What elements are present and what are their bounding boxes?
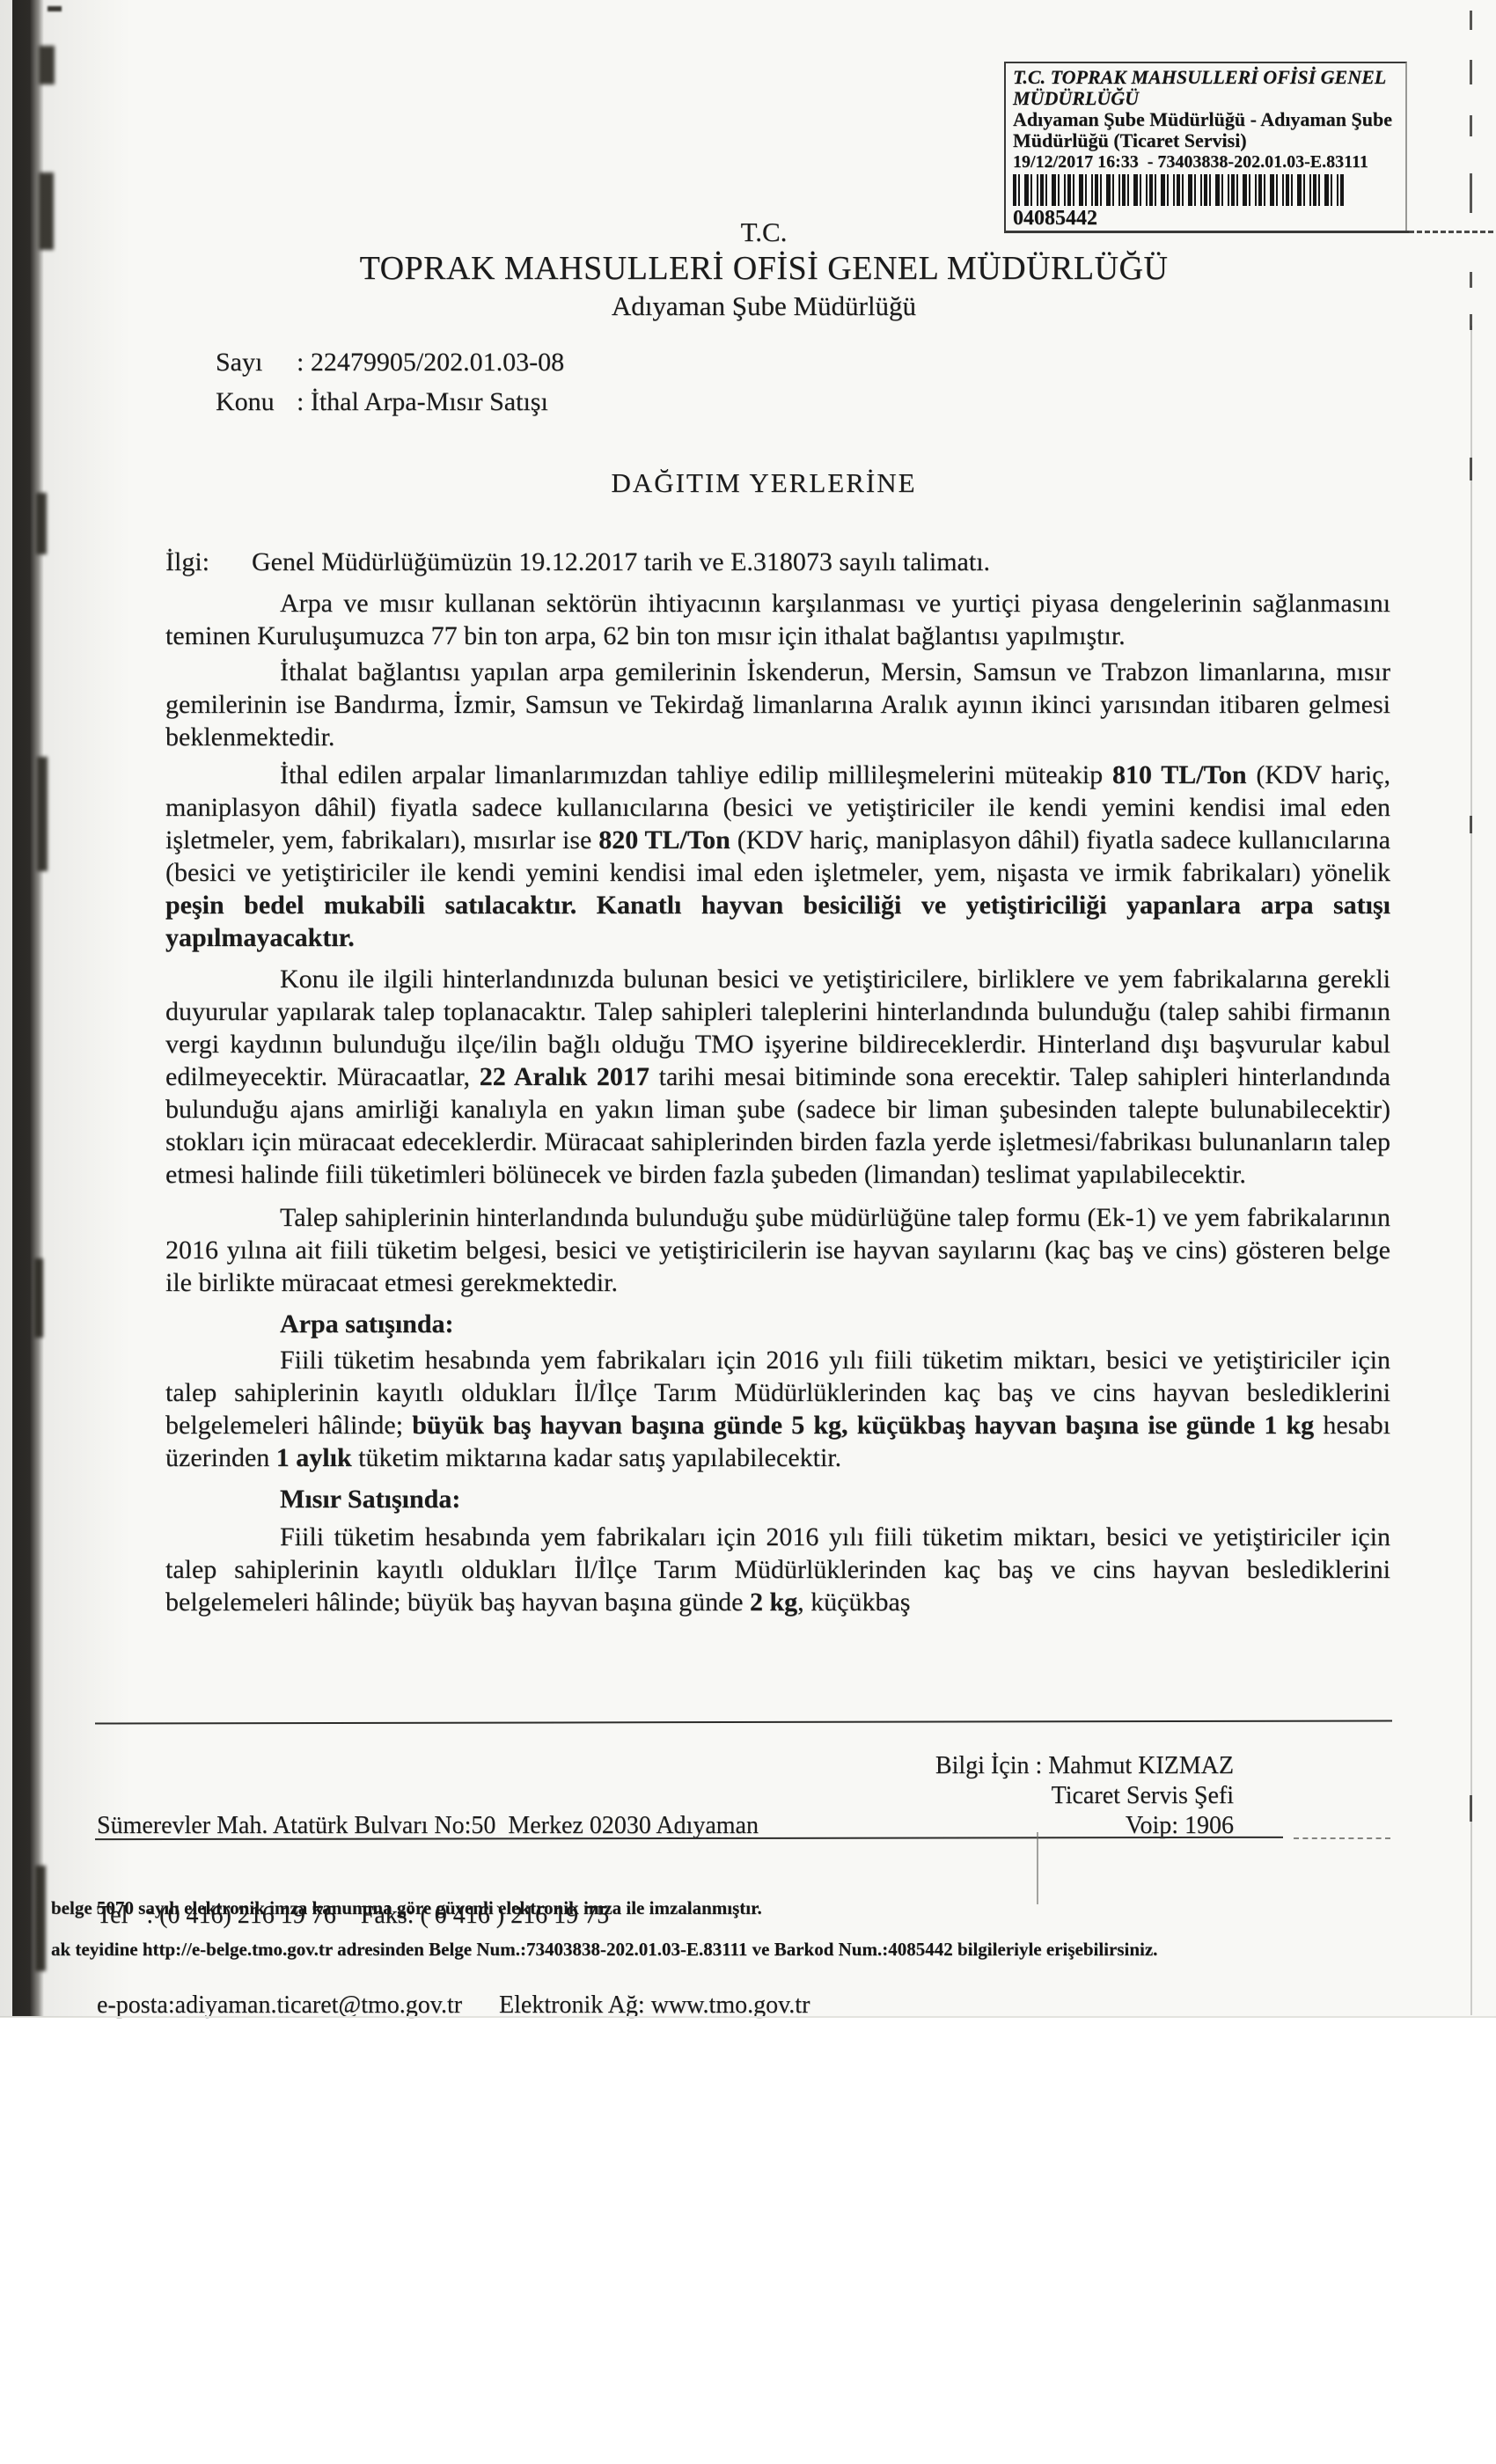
- barcode: [1013, 174, 1346, 206]
- paper-bottom-edge: [0, 2016, 1496, 2018]
- paragraph-ports: İthalat bağlantısı yapılan arpa gemileri…: [165, 656, 1390, 753]
- paragraph-misir-terms: Fiili tüketim hesabında yem fabrikaları …: [165, 1521, 1390, 1618]
- scan-paper-area: T.C. TOPRAK MAHSULLERİ OFİSİ GENEL MÜDÜR…: [0, 0, 1496, 2017]
- scan-artifact: [35, 1866, 46, 1971]
- footer-address: Sümerevler Mah. Atatürk Bulvarı No:50 Me…: [97, 1811, 810, 1841]
- letter-body: İlgi:Genel Müdürlüğümüzün 19.12.2017 tar…: [165, 546, 1390, 1618]
- footer-contact-right: Bilgi İçin : Mahmut KIZMAZ Ticaret Servi…: [792, 1751, 1234, 1841]
- stamp-date-reference: 19/12/2017 16:33 - 73403838-202.01.03-E.…: [1013, 151, 1398, 172]
- scan-artifact: [1470, 173, 1472, 213]
- konu-label: Konu: [216, 382, 297, 422]
- legal-notice: belge 5070 sayılı elektronik imza kanunu…: [51, 1897, 1157, 1961]
- footer-contact-person: Bilgi İçin : Mahmut KIZMAZ: [792, 1751, 1234, 1781]
- sayi-row: Sayı: 22479905/202.01.03-08: [216, 342, 564, 382]
- heading-arpa-sales: Arpa satışında:: [165, 1308, 1390, 1340]
- stamp-organization: T.C. TOPRAK MAHSULLERİ OFİSİ GENEL MÜDÜR…: [1013, 67, 1398, 109]
- organization-name: TOPRAK MAHSULLERİ OFİSİ GENEL MÜDÜRLÜĞÜ: [32, 248, 1496, 289]
- letterhead: T.C. TOPRAK MAHSULLERİ OFİSİ GENEL MÜDÜR…: [32, 216, 1496, 324]
- reference-line: İlgi:Genel Müdürlüğümüzün 19.12.2017 tar…: [165, 546, 1390, 578]
- ilgi-label: İlgi:: [165, 546, 252, 578]
- scan-artifact: [48, 6, 62, 11]
- sayi-value: : 22479905/202.01.03-08: [297, 348, 564, 377]
- footer-rule-top: [95, 1720, 1392, 1724]
- scan-artifact: [37, 757, 48, 871]
- branch-name: Adıyaman Şube Müdürlüğü: [32, 289, 1496, 324]
- recipient-line: DAĞITIM YERLERİNE: [32, 467, 1496, 499]
- konu-value: : İthal Arpa-Mısır Satışı: [297, 387, 548, 416]
- footer-rule-bottom-dashes: [1294, 1837, 1390, 1839]
- paragraph-pricing: İthal edilen arpalar limanlarımızdan tah…: [165, 759, 1390, 954]
- scan-artifact: [1470, 326, 1472, 2015]
- sayi-label: Sayı: [216, 342, 297, 382]
- scanned-document-page: T.C. TOPRAK MAHSULLERİ OFİSİ GENEL MÜDÜR…: [0, 0, 1496, 2464]
- scan-artifact: [1470, 1795, 1472, 1822]
- paragraph-arpa-terms: Fiili tüketim hesabında yem fabrikaları …: [165, 1344, 1390, 1474]
- legal-esignature-line: belge 5070 sayılı elektronik imza kanunu…: [51, 1897, 1157, 1919]
- heading-misir-sales: Mısır Satışında:: [165, 1483, 1390, 1515]
- paragraph-applications: Konu ile ilgili hinterlandınızda bulunan…: [165, 963, 1390, 1191]
- scan-artifact: [39, 46, 55, 84]
- scan-artifact: [1470, 60, 1472, 84]
- footer-contact-title: Ticaret Servis Şefi: [792, 1781, 1234, 1811]
- scan-artifact: [1037, 1832, 1038, 1904]
- scan-artifact: [1470, 11, 1472, 30]
- paragraph-documents: Talep sahiplerinin hinterlandında bulund…: [165, 1201, 1390, 1299]
- scan-artifact: [1470, 816, 1472, 833]
- scan-artifact: [34, 1258, 43, 1338]
- konu-row: Konu: İthal Arpa-Mısır Satışı: [216, 382, 564, 422]
- stamp-unit: Adıyaman Şube Müdürlüğü - Adıyaman Şube …: [1013, 109, 1398, 151]
- scan-artifact: [39, 172, 54, 250]
- scan-artifact: [1470, 115, 1472, 136]
- legal-verification-line: ak teyidine http://e-belge.tmo.gov.tr ad…: [51, 1939, 1157, 1961]
- document-meta: Sayı: 22479905/202.01.03-08 Konu: İthal …: [216, 342, 564, 422]
- ilgi-text: Genel Müdürlüğümüzün 19.12.2017 tarih ve…: [252, 547, 990, 576]
- paragraph-import-volumes: Arpa ve mısır kullanan sektörün ihtiyacı…: [165, 587, 1390, 652]
- scan-artifact: [36, 493, 47, 554]
- republic-label: T.C.: [32, 216, 1496, 248]
- e-signature-stamp: T.C. TOPRAK MAHSULLERİ OFİSİ GENEL MÜDÜR…: [1004, 62, 1407, 232]
- scanner-edge-band: [12, 0, 44, 2017]
